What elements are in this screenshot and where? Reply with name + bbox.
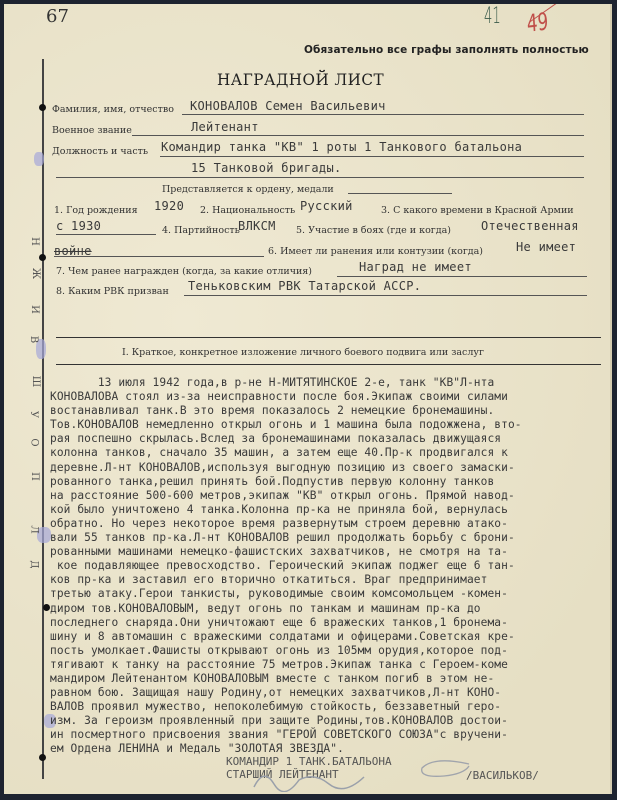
merit-line: тягивают к танку на расстояние 75 метров…	[50, 658, 610, 672]
nominated-label: Представляется к ордену, медали	[162, 184, 334, 195]
instruction-text: Обязательно все графы заполнять полность…	[304, 44, 589, 56]
punch-hole	[39, 254, 46, 261]
wounds-label: 6. Имеет ли ранения или контузии (когда)	[268, 246, 483, 257]
position-value: Командир танка "КВ" 1 роты 1 Танкового б…	[161, 140, 522, 154]
merit-line: 13 июля 1942 года,в р-не Н-МИТЯТИНСКОЕ 2…	[50, 376, 610, 390]
position-value-cont: 15 Танковой бригады.	[191, 161, 342, 175]
margin-letter: И	[29, 305, 40, 314]
page-number: 67	[46, 6, 69, 27]
battles-label: 5. Участие в боях (где и когда)	[296, 225, 451, 236]
underline	[160, 156, 584, 157]
underline	[56, 177, 584, 178]
merit-line: ин посмертного присвоения звания "ГЕРОЙ …	[50, 728, 610, 742]
document-title: НАГРАДНОЙ ЛИСТ	[217, 70, 384, 89]
margin-letter: Ж	[30, 268, 41, 279]
margin-letter: О	[29, 438, 40, 446]
party-value: ВЛКСМ	[238, 219, 276, 233]
merit-line: третью атаку.Герои танкисты, руководимые…	[50, 587, 610, 601]
awards-value: Наград не имеет	[359, 260, 472, 274]
position-label: Должность и часть	[52, 146, 148, 157]
merit-line: КОНОВАЛОВА стоял из-за неисправности пос…	[50, 390, 610, 404]
merit-line: равном бою. Защищая нашу Родину,от немец…	[50, 686, 610, 700]
punch-hole	[39, 754, 46, 761]
underline	[56, 234, 156, 235]
merit-line: Тов.КОНОВАЛОВ немедленно открыл огонь и …	[50, 418, 610, 432]
merit-line: кой было уничтожено 4 танка.Колонна пр-к…	[50, 503, 610, 517]
section-heading: I. Краткое, конкретное изложение личного…	[122, 347, 484, 358]
punch-hole	[43, 604, 50, 611]
merit-line: шину и 8 автомашин с вражескими солдатам…	[50, 630, 610, 644]
signer-name: /ВАСИЛЬКОВ/	[466, 769, 539, 782]
merit-line: востанавливал танк.В это время показалос…	[50, 404, 610, 418]
margin-letter: Л	[29, 525, 40, 533]
merit-line: ВАЛОВ проявил мужество, непоколебимую ст…	[50, 700, 610, 714]
merit-line: пость умолкает.Фашисты открывают огонь и…	[50, 644, 610, 658]
underline	[184, 295, 587, 296]
merit-line: мандиром Лейтенантом КОНОВАЛОВЫМ вместе …	[50, 672, 610, 686]
margin-letter: Ш	[30, 376, 41, 387]
rank-label: Военное звание	[52, 125, 132, 136]
merit-line: ков пр-ка и заставил его вторично откати…	[50, 573, 610, 587]
army-since-value: с 1930	[56, 219, 101, 233]
merit-line: рованного танка,решил принять бой.Подпус…	[50, 475, 610, 489]
merit-line: обратно. Но через некоторое время развер…	[50, 517, 610, 531]
merit-line: рованными машинами немецко-фашистских за…	[50, 545, 610, 559]
margin-letter: Д	[29, 560, 40, 568]
underline	[182, 114, 584, 115]
merit-description: 13 июля 1942 года,в р-не Н-МИТЯТИНСКОЕ 2…	[50, 376, 610, 757]
nationality-label: 2. Национальность	[200, 205, 295, 216]
margin-letter: Н	[29, 237, 40, 246]
signature-loop	[414, 756, 474, 781]
rvk-value: Теньковским РВК Татарской АССР.	[188, 279, 421, 293]
handwritten-signature	[244, 762, 384, 792]
rank-value: Лейтенант	[191, 120, 259, 134]
punch-hole	[39, 104, 46, 111]
merit-line: диром тов.КОНОВАЛОВЫМ, ведут огонь по та…	[50, 602, 610, 616]
ink-stain	[34, 152, 44, 166]
army-since-label: 3. С какого времени в Красной Армии	[381, 205, 574, 216]
wounds-value: Не имеет	[516, 240, 576, 254]
battles-value: Отечественная	[481, 219, 579, 233]
awards-label: 7. Чем ранее награжден (когда, за какие …	[56, 266, 312, 277]
rvk-label: 8. Каким РВК призван	[56, 286, 169, 297]
merit-line: рая поспешно скрылась.Вслед за бронемаши…	[50, 432, 610, 446]
underline	[54, 256, 264, 257]
margin-line	[42, 59, 44, 779]
name-label: Фамилия, имя, отчество	[52, 104, 174, 115]
nationality-value: Русский	[300, 199, 353, 213]
archive-number: 41	[484, 4, 501, 29]
margin-letter: У	[28, 411, 39, 418]
name-value: КОНОВАЛОВ Семен Васильевич	[190, 99, 386, 113]
margin-letter: В	[28, 336, 39, 343]
merit-line: вали 55 танков пр-ка.Л-нт КОНОВАЛОВ реши…	[50, 531, 610, 545]
underline	[337, 276, 587, 277]
underline	[348, 193, 452, 194]
award-sheet-page: 67 41 49 Обязательно все графы заполнять…	[4, 4, 612, 794]
merit-line: кое подавляющее превосходство. Героическ…	[50, 559, 610, 573]
birth-year-value: 1920	[154, 199, 184, 213]
party-label: 4. Партийность	[162, 225, 240, 236]
merit-line: деревне.Л-нт КОНОВАЛОВ,используя выгодну…	[50, 461, 610, 475]
merit-line: колонна танков, сначало 35 машин, а зате…	[50, 446, 610, 460]
merit-line: на расстояние 500-600 метров,экипаж "КВ"…	[50, 489, 610, 503]
birth-year-label: 1. Год рождения	[54, 205, 138, 216]
underline	[132, 135, 584, 136]
merit-line: изм. За героизм проявленный при защите Р…	[50, 714, 610, 728]
merit-line: последнего снаряда.Они уничтожают еще 6 …	[50, 616, 610, 630]
margin-letter: П	[29, 472, 40, 481]
